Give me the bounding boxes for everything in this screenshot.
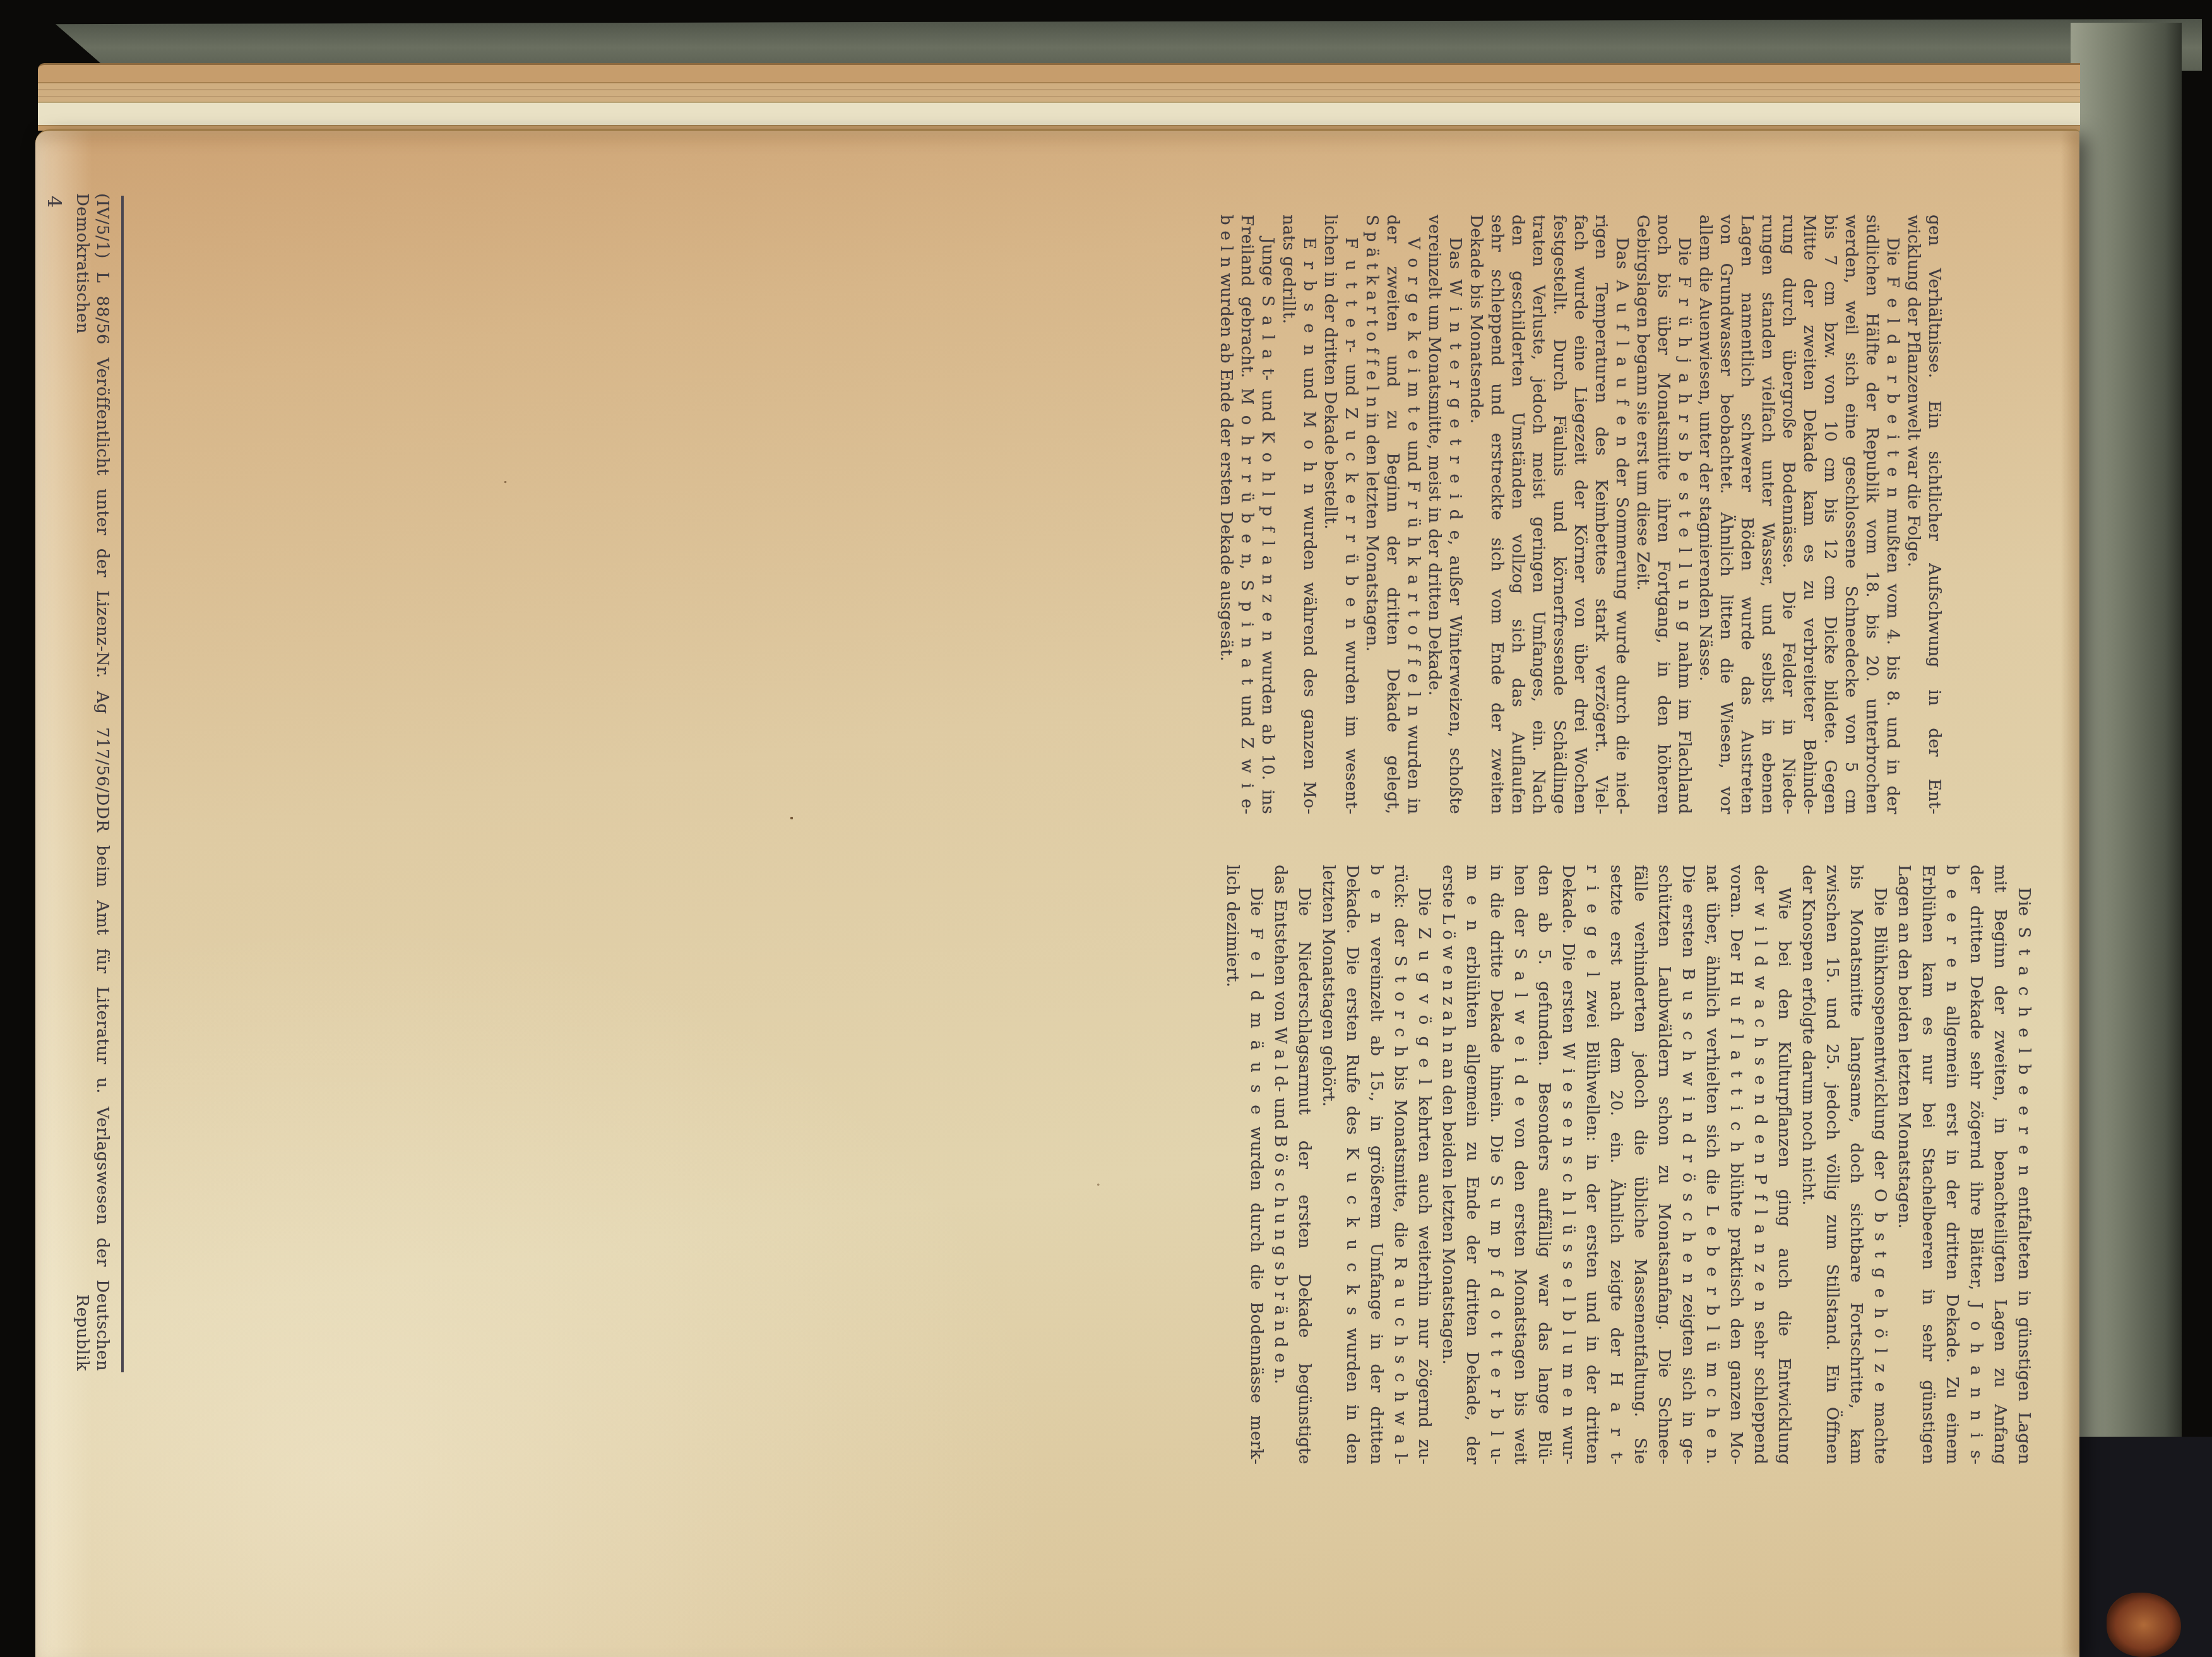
text-line: bis 7 cm bzw. von 10 cm bis 12 cm Dicke …	[1819, 215, 1840, 814]
scanned-page-photo: gen Verhältnisse. Ein sichtlicher Aufsch…	[0, 0, 2212, 1657]
text-line: schützten Laubwäldern schon zu Monatsanf…	[1652, 865, 1676, 1464]
text-line: festgestellt. Durch Fäulnis und körnerfr…	[1549, 215, 1569, 814]
text-line: setzte erst nach dem 20. ein. Ähnlich ze…	[1604, 865, 1628, 1464]
text-line: Die F r ü h j a h r s b e s t e l l u n …	[1674, 215, 1694, 814]
text-line: Dekade bis Monatsende.	[1465, 215, 1486, 814]
text-line: Dekade. Die ersten W i e s e n s c h l ü…	[1556, 865, 1580, 1464]
text-line: den ab 5. gefunden. Besonders auffällig …	[1532, 865, 1556, 1464]
text-line: nat über, ähnlich verhielten sich die L …	[1700, 865, 1724, 1464]
text-line: V o r g e k e i m t e und F r ü h k a r …	[1403, 215, 1424, 814]
text-line: vereinzelt um Monatsmitte, meist in der …	[1424, 215, 1444, 814]
text-column-right: Die S t a c h e l b e e r e n entfaltete…	[1220, 865, 2036, 1464]
text-line: b e n vereinzelt ab 15., in größerem Umf…	[1364, 865, 1388, 1464]
text-line: Freiland gebracht. M o h r r ü b e n, S …	[1236, 215, 1257, 814]
text-line: b e e r e n allgemein erst in der dritte…	[1940, 865, 1964, 1464]
text-line: letzten Monatstagen gehört.	[1316, 865, 1340, 1464]
text-line: m e n erblühten allgemein zu Ende der dr…	[1460, 865, 1484, 1464]
text-line: Die F e l d a r b e i t e n mußten vom 4…	[1882, 215, 1903, 814]
text-line: traten Verluste, jedoch meist geringen U…	[1528, 215, 1549, 814]
text-line: F u t t e r- und Z u c k e r r ü b e n w…	[1340, 215, 1361, 814]
text-line: Erblühen kam es nur bei Stachelbeeren in…	[1916, 865, 1940, 1464]
text-line: Gebirgslagen begann sie erst um diese Ze…	[1632, 215, 1653, 814]
text-line: r i e g e l zwei Blühwellen: in der erst…	[1580, 865, 1604, 1464]
text-line: voran. Der H u f l a t t i c h blühte pr…	[1724, 865, 1748, 1464]
text-line: allem die Auenwiesen, unter der stagnier…	[1694, 215, 1715, 814]
text-line: fälle verhinderten jedoch die übliche Ma…	[1628, 865, 1652, 1464]
text-line: nats gedrillt.	[1278, 215, 1299, 814]
text-line: b e l n wurden ab Ende der ersten Dekade…	[1215, 215, 1236, 814]
text-line: fach wurde eine Liegezeit der Körner von…	[1569, 215, 1590, 814]
text-line: Junge S a l a t- und K o h l p f l a n z…	[1257, 215, 1278, 814]
text-line: rungen standen vielfach unter Wasser, un…	[1757, 215, 1778, 814]
text-line: Die Niederschlagsarmut der ersten Dekade…	[1292, 865, 1316, 1464]
text-line: der dritten Dekade sehr zögernd ihre Blä…	[1964, 865, 1988, 1464]
text-line: noch bis über Monatsmitte ihren Fortgang…	[1653, 215, 1674, 814]
text-line: in die dritte Dekade hinein. Die S u m p…	[1484, 865, 1508, 1464]
text-line: rück: der S t o r c h bis Monatsmitte, d…	[1388, 865, 1412, 1464]
page-number: 4	[44, 196, 63, 208]
rotated-page-content: gen Verhältnisse. Ein sichtlicher Aufsch…	[0, 0, 2212, 1657]
text-line: wicklung der Pflanzenwelt war die Folge.	[1903, 215, 1924, 814]
text-line: den geschilderten Umständen vollzog sich…	[1507, 215, 1528, 814]
text-line: lich dezimiert.	[1220, 865, 1244, 1464]
text-line: Die Blühknospenentwicklung der O b s t g…	[1868, 865, 1892, 1464]
footer-rule	[121, 196, 124, 1372]
text-line: das Entstehen von W a l d- und B ö s c h…	[1268, 865, 1292, 1464]
text-line: mit Beginn der zweiten, in benachteiligt…	[1988, 865, 2012, 1464]
text-line: Dekade. Die ersten Rufe des K u c k u c …	[1340, 865, 1364, 1464]
text-line: erste L ö w e n z a h n an den beiden le…	[1436, 865, 1460, 1464]
text-line: Die ersten B u s c h w i n d r ö s c h e…	[1676, 865, 1700, 1464]
text-line: zwischen 15. und 25. jedoch völlig zum S…	[1820, 865, 1844, 1464]
text-line: gen Verhältnisse. Ein sichtlicher Aufsch…	[1924, 215, 1944, 814]
text-column-left: gen Verhältnisse. Ein sichtlicher Aufsch…	[1215, 215, 1944, 814]
text-line: bis Monatsmitte langsame, doch sichtbare…	[1844, 865, 1868, 1464]
text-line: Das A u f l a u f e n der Sommerung wurd…	[1611, 215, 1632, 814]
text-line: rigen Temperaturen des Keimbettes stark …	[1590, 215, 1611, 814]
text-line: von Grundwasser beobachtet. Ähnlich litt…	[1715, 215, 1736, 814]
text-line: der w i l d w a c h s e n d e n P f l a …	[1748, 865, 1772, 1464]
text-line: Mitte der zweiten Dekade kam es zu verbr…	[1799, 215, 1819, 814]
text-line: E r b s e n und M o h n wurden während d…	[1299, 215, 1319, 814]
text-line: der Knospen erfolgte darum noch nicht.	[1796, 865, 1820, 1464]
text-line: Das W i n t e r g e t r e i d e, außer W…	[1444, 215, 1465, 814]
text-line: Lagen namentlich schwerer Böden wurde da…	[1736, 215, 1757, 814]
text-line: werden, weil sich eine geschlossene Schn…	[1840, 215, 1861, 814]
imprint-line: (IV/5/1) L 88/56 Veröffentlicht unter de…	[72, 193, 112, 1371]
text-line: der zweiten und zu Beginn der dritten De…	[1382, 215, 1403, 814]
text-line: lichen in der dritten Dekade bestellt.	[1319, 215, 1340, 814]
text-line: südlichen Hälfte der Republik vom 18. bi…	[1861, 215, 1882, 814]
text-line: Wie bei den Kulturpflanzen ging auch die…	[1772, 865, 1796, 1464]
text-line: S p ä t k a r t o f f e l n in den letzt…	[1361, 215, 1382, 814]
text-line: Die S t a c h e l b e e r e n entfaltete…	[2012, 865, 2036, 1464]
text-line: rung durch übergroße Bodennässe. Die Fel…	[1778, 215, 1799, 814]
text-line: sehr schleppend und erstreckte sich vom …	[1486, 215, 1507, 814]
text-line: Die F e l d m ä u s e wurden durch die B…	[1244, 865, 1268, 1464]
text-line: Die Z u g v ö g e l kehrten auch weiterh…	[1412, 865, 1436, 1464]
text-line: hen der S a l w e i d e von den ersten M…	[1508, 865, 1532, 1464]
text-line: Lagen an den beiden letzten Monatstagen.	[1892, 865, 1916, 1464]
